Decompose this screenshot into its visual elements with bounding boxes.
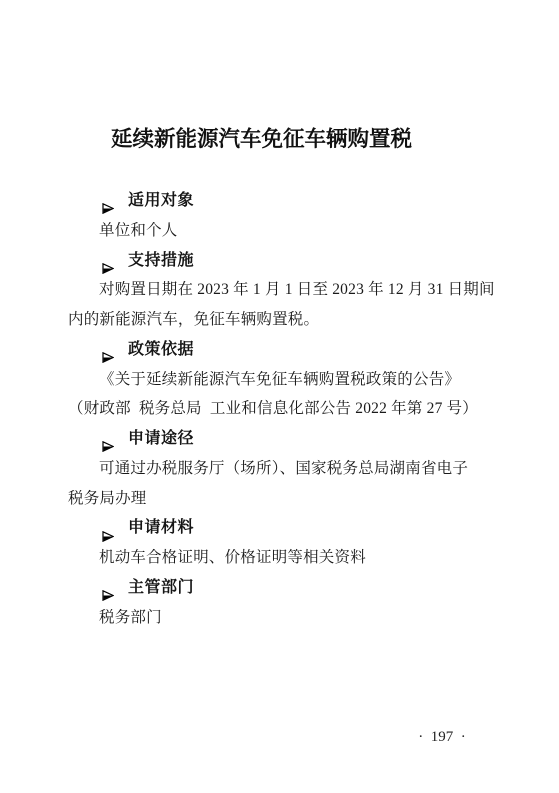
section-heading-support-measures: 支持措施	[68, 246, 455, 276]
section-heading-applicable-targets: 适用对象	[68, 186, 455, 216]
section-heading-label: 支持措施	[128, 246, 194, 276]
section-heading-label: 主管部门	[128, 573, 194, 603]
section-heading-application-materials: 申请材料	[68, 513, 455, 543]
section-body-line: 单位和个人	[68, 216, 455, 246]
section-heading-label: 适用对象	[128, 186, 194, 216]
section-heading-label: 政策依据	[128, 335, 194, 365]
section-heading-competent-department: 主管部门	[68, 573, 455, 603]
section-heading-policy-basis: 政策依据	[68, 335, 455, 365]
section-body-line: 机动车合格证明、价格证明等相关资料	[68, 543, 455, 573]
page-number: · 197 ·	[402, 728, 482, 746]
right-arrowhead-icon	[102, 344, 114, 355]
section-body-line: 税务局办理	[68, 484, 455, 514]
section-heading-label: 申请途径	[128, 424, 194, 454]
section-body-line: 可通过办税服务厅（场所）、国家税务总局湖南省电子	[68, 454, 455, 484]
document-body: 适用对象 单位和个人 支持措施 对购置日期在 2023 年 1 月 1 日至 2…	[68, 186, 455, 632]
section-heading-application-channel: 申请途径	[68, 424, 455, 454]
section-body-line: 《关于延续新能源汽车免征车辆购置税政策的公告》	[68, 365, 455, 395]
section-body-line: （财政部 税务总局 工业和信息化部公告 2022 年第 27 号）	[68, 394, 455, 424]
section-body-line: 税务部门	[68, 603, 455, 633]
right-arrowhead-icon	[102, 195, 114, 206]
section-heading-label: 申请材料	[128, 513, 194, 543]
document-title: 延续新能源汽车免征车辆购置税	[68, 126, 455, 152]
document-page: 延续新能源汽车免征车辆购置税 适用对象 单位和个人 支持措施 对购置日期在 20…	[0, 0, 559, 793]
section-body-line: 对购置日期在 2023 年 1 月 1 日至 2023 年 12 月 31 日期…	[68, 275, 455, 305]
right-arrowhead-icon	[102, 582, 114, 593]
section-body-line: 内的新能源汽车，免征车辆购置税。	[68, 305, 455, 335]
right-arrowhead-icon	[102, 255, 114, 266]
right-arrowhead-icon	[102, 433, 114, 444]
right-arrowhead-icon	[102, 523, 114, 534]
